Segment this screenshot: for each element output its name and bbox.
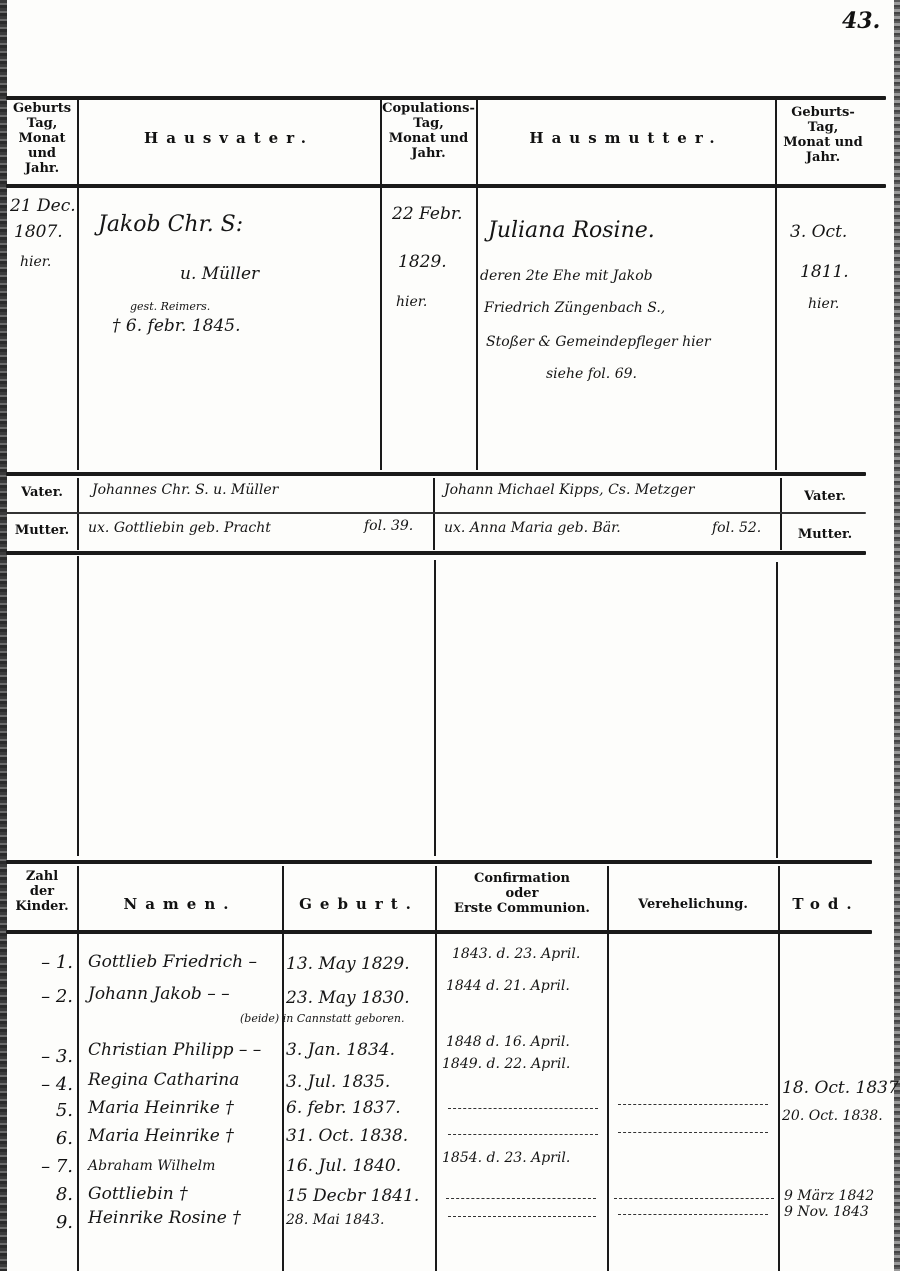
child-confirmation: 1848 d. 16. April. <box>446 1034 570 1050</box>
column-divider <box>776 562 778 858</box>
header-confirmation: Confirmation oder Erste Communion. <box>438 872 606 917</box>
column-divider <box>435 866 437 1271</box>
marriage-blank-dash <box>618 1132 768 1134</box>
child-name: Gottlieb Friedrich – <box>88 952 257 972</box>
column-divider <box>434 560 436 856</box>
column-divider <box>607 866 609 1271</box>
page-number: 43. <box>842 8 880 34</box>
mother-note-line3: Stoßer & Gemeindepfleger hier <box>486 334 711 350</box>
child-name: Maria Heinrike † <box>88 1126 234 1146</box>
child-birth: 3. Jan. 1834. <box>286 1040 395 1060</box>
father-birth-year: 1807. <box>14 222 63 242</box>
child-number: 6. <box>18 1128 73 1149</box>
child-death: 9 März 1842 <box>784 1188 874 1204</box>
child-number: – 2. <box>18 986 73 1007</box>
marriage-place: hier. <box>396 294 427 310</box>
column-divider <box>77 100 79 470</box>
header-child-birth: Geburt. <box>285 896 433 913</box>
top-rule <box>6 96 886 100</box>
marriage-blank-dash <box>614 1198 774 1200</box>
child-birth: 23. May 1830. <box>286 988 410 1008</box>
children-header-rule <box>6 930 872 934</box>
mother-birth-year: 1811. <box>800 262 849 282</box>
confirmation-blank-dash <box>448 1216 596 1218</box>
father-birth-day: 21 Dec. <box>10 196 76 216</box>
child-name: Gottliebin † <box>88 1184 188 1204</box>
confirmation-blank-dash <box>448 1108 598 1110</box>
label-mother: Mutter. <box>8 524 76 539</box>
column-divider <box>77 478 79 550</box>
child-birth: 31. Oct. 1838. <box>286 1126 408 1146</box>
child-death: 9 Nov. 1843 <box>784 1204 869 1220</box>
column-divider <box>433 478 435 550</box>
father-birth-place: hier. <box>20 254 51 270</box>
child-name: Christian Philipp – – <box>88 1040 261 1060</box>
marriage-year: 1829. <box>398 252 447 272</box>
header-marriage-date: Copulations- Tag, Monat und Jahr. <box>382 102 475 162</box>
child-number: 8. <box>18 1184 73 1205</box>
mother-parent-left: ux. Gottliebin geb. Pracht <box>88 520 271 536</box>
column-divider <box>476 100 478 470</box>
mother-ref: siehe fol. 69. <box>546 366 637 382</box>
mother-note-line1: deren 2te Ehe mit Jakob <box>480 268 653 284</box>
mother-parent-left-ref: fol. 39. <box>364 518 413 534</box>
confirmation-blank-dash <box>446 1198 596 1200</box>
label-father-right: Vater. <box>784 490 866 505</box>
child-birth: 3. Jul. 1835. <box>286 1072 390 1092</box>
mother-parent-right-ref: fol. 52. <box>712 520 761 536</box>
child-birth: 28. Mai 1843. <box>286 1212 384 1228</box>
child-number: – 7. <box>18 1156 73 1177</box>
child-name: Johann Jakob – – <box>88 984 230 1004</box>
child-birth: 6. febr. 1837. <box>286 1098 401 1118</box>
confirmation-blank-dash <box>448 1134 598 1136</box>
father-occupation: u. Müller <box>180 264 259 284</box>
father-parent-right: Johann Michael Kipps, Cs. Metzger <box>444 482 694 498</box>
header-rule <box>6 184 886 188</box>
header-child-name: Namen. <box>80 896 280 913</box>
header-father-birth: Geburts Tag, Monat und Jahr. <box>8 102 76 177</box>
header-father: Hausvater. <box>80 130 378 147</box>
father-name: Jakob Chr. S: <box>98 212 243 237</box>
column-divider <box>778 866 780 1271</box>
child-number: – 1. <box>18 952 73 973</box>
mother-birth-day: 3. Oct. <box>790 222 847 242</box>
child-confirmation: 1843. d. 23. April. <box>452 946 580 962</box>
child-name: Heinrike Rosine † <box>88 1208 241 1228</box>
children-top-rule <box>6 860 872 864</box>
header-child-number: Zahl der Kinder. <box>8 870 76 915</box>
child-name: Maria Heinrike † <box>88 1098 234 1118</box>
child-death: 20. Oct. 1838. <box>782 1108 883 1124</box>
column-divider <box>282 866 284 1271</box>
child-confirmation: 1844 d. 21. April. <box>446 978 570 994</box>
child-name: Abraham Wilhelm <box>88 1158 215 1174</box>
father-parent-left: Johannes Chr. S. u. Müller <box>92 482 278 498</box>
marriage-blank-dash <box>618 1214 768 1216</box>
child-number: – 3. <box>18 1046 73 1067</box>
parents-bottom-rule <box>6 551 866 555</box>
header-marriage: Verehelichung. <box>610 898 776 913</box>
mother-name: Juliana Rosine. <box>488 218 655 243</box>
child-death: 18. Oct. 1837. <box>782 1078 900 1098</box>
child-number: – 4. <box>18 1074 73 1095</box>
header-death: Tod. <box>780 896 872 913</box>
father-note: gest. Reimers. <box>130 300 210 313</box>
column-divider <box>77 866 79 1271</box>
child-confirmation: 1849. d. 22. April. <box>442 1056 570 1072</box>
marriage-day: 22 Febr. <box>392 204 463 224</box>
mother-note-line2: Friedrich Züngenbach S., <box>484 300 665 316</box>
father-death: † 6. febr. 1845. <box>112 316 241 336</box>
child-name: Regina Catharina <box>88 1070 239 1090</box>
child-birth: 15 Decbr 1841. <box>286 1186 419 1206</box>
column-divider <box>77 556 79 856</box>
label-mother-right: Mutter. <box>784 528 866 543</box>
mother-birth-place: hier. <box>808 296 839 312</box>
child-number: 5. <box>18 1100 73 1121</box>
child-number: 9. <box>18 1212 73 1233</box>
marriage-blank-dash <box>618 1104 768 1106</box>
parents-mid-rule <box>6 512 866 514</box>
header-mother: Hausmutter. <box>478 130 774 147</box>
child-birth-note: (beide) in Cannstatt geboren. <box>240 1012 404 1025</box>
column-divider <box>780 478 782 550</box>
parents-top-rule <box>6 472 866 476</box>
child-confirmation: 1854. d. 23. April. <box>442 1150 570 1166</box>
child-birth: 13. May 1829. <box>286 954 410 974</box>
child-birth: 16. Jul. 1840. <box>286 1156 401 1176</box>
header-mother-birth: Geburts- Tag, Monat und Jahr. <box>777 106 869 166</box>
mother-parent-right: ux. Anna Maria geb. Bär. <box>444 520 621 536</box>
scan-edge-left <box>0 0 7 1271</box>
label-father: Vater. <box>8 486 76 501</box>
